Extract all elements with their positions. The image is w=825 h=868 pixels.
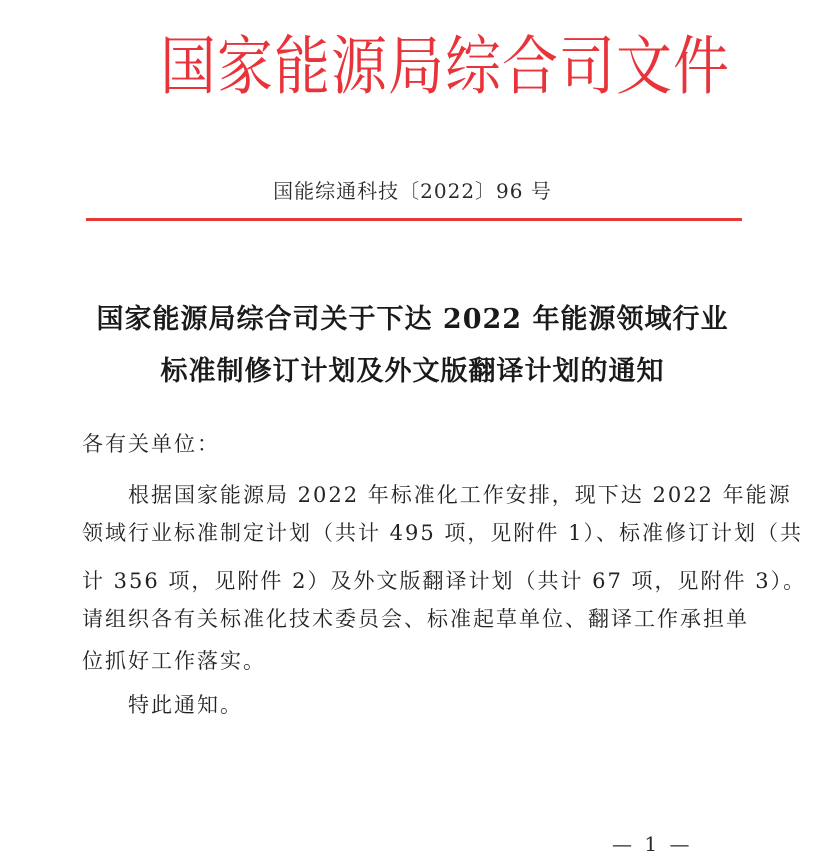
body-line: 领域行业标准制定计划（共计 495 项，见附件 1）、标准修订计划（共 [82, 519, 742, 547]
document-number: 国能综通科技〔2022〕96 号 [0, 175, 825, 207]
body-line: 计 356 项，见附件 2）及外文版翻译计划（共计 67 项，见附件 3）。 [82, 567, 742, 595]
salutation: 各有关单位： [82, 430, 742, 458]
body-line: 根据国家能源局 2022 年标准化工作安排，现下达 2022 年能源 [82, 481, 742, 509]
body-line: 位抓好工作落实。 [82, 647, 742, 675]
document-title-line-1: 国家能源局综合司关于下达 2022 年能源领域行业 [0, 300, 825, 340]
document-title-line-2: 标准制修订计划及外文版翻译计划的通知 [0, 352, 825, 392]
body-line: 请组织各有关标准化技术委员会、标准起草单位、翻译工作承担单 [82, 605, 742, 633]
document-org-header: 国家能源局综合司文件 [160, 22, 660, 114]
page-number: — 1 — [612, 832, 692, 856]
closing-line: 特此通知。 [82, 691, 742, 719]
red-divider-line [86, 218, 742, 221]
